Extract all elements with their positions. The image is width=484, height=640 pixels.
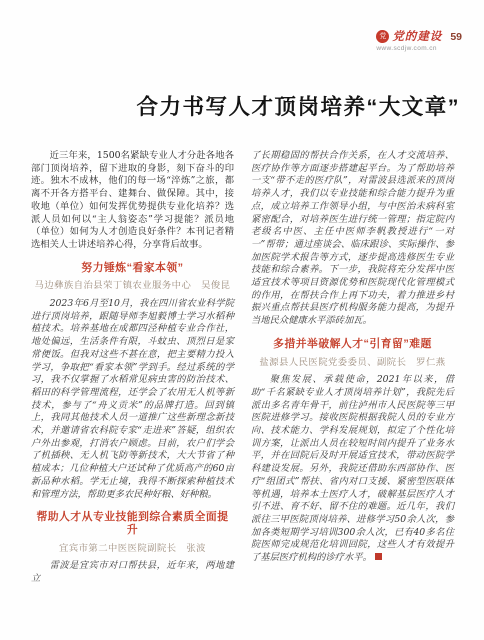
magazine-page: 党 党的建设 www.scdjw.com.cn 59 合力书写人才顶岗培养“大文… (0, 0, 484, 640)
page-number: 59 (450, 31, 462, 43)
intro-paragraph: 近三年来，1500名紧缺专业人才分赴各地各部门顶岗培养，留下进取的身影，刻下奋斗… (31, 150, 234, 252)
article-title: 合力书写人才顶岗培养“大文章” (0, 90, 460, 121)
section-2-body-left: 雷波是宜宾市对口帮扶县，近年来，两地建立 (31, 560, 234, 585)
section-2-heading: 帮助人才从专业技能到综合素质全面提升 (31, 511, 234, 536)
masthead: 党 党的建设 www.scdjw.com.cn 59 (376, 28, 462, 52)
section-3-body: 聚焦发展、承载使命，2021年以来，借助“千名紧缺专业人才顶岗培养计划”，我院先… (251, 374, 454, 565)
section-3-body-text: 聚焦发展、承载使命，2021年以来，借助“千名紧缺专业人才顶岗培养计划”，我院先… (251, 374, 454, 563)
party-seal-icon: 党 (376, 30, 389, 43)
article-end-icon (375, 553, 382, 560)
magazine-name: 党的建设 (392, 28, 442, 44)
section-3-byline: 盐源县人民医院党委委员、副院长 罗仁燕 (251, 356, 454, 369)
left-column: 近三年来，1500名紧缺专业人才分赴各地各部门顶岗培养，留下进取的身影，刻下奋斗… (31, 150, 234, 586)
section-1-byline: 马边彝族自治县荣丁镇农业服务中心 吴俊昆 (31, 279, 234, 292)
right-column: 了长期稳固的帮扶合作关系，在人才交流培养、医疗协作等方面逐步搭建起平台。为了帮助… (251, 150, 454, 565)
section-2-byline: 宜宾市第二中医医院副院长 张波 (31, 542, 234, 555)
section-1-heading: 努力锤炼“看家本领” (31, 262, 234, 275)
magazine-logo: 党 党的建设 www.scdjw.com.cn (376, 28, 442, 52)
section-3-heading: 多措并举破解人才“引育留”难题 (251, 338, 454, 351)
website-url: www.scdjw.com.cn (376, 45, 442, 52)
section-1-body: 2023年6月至10月，我在四川省农业科学院进行顶岗培养，跟随导师李旭毅博士学习… (31, 298, 234, 501)
section-2-body-right: 了长期稳固的帮扶合作关系，在人才交流培养、医疗协作等方面逐步搭建起平台。为了帮助… (251, 150, 454, 328)
